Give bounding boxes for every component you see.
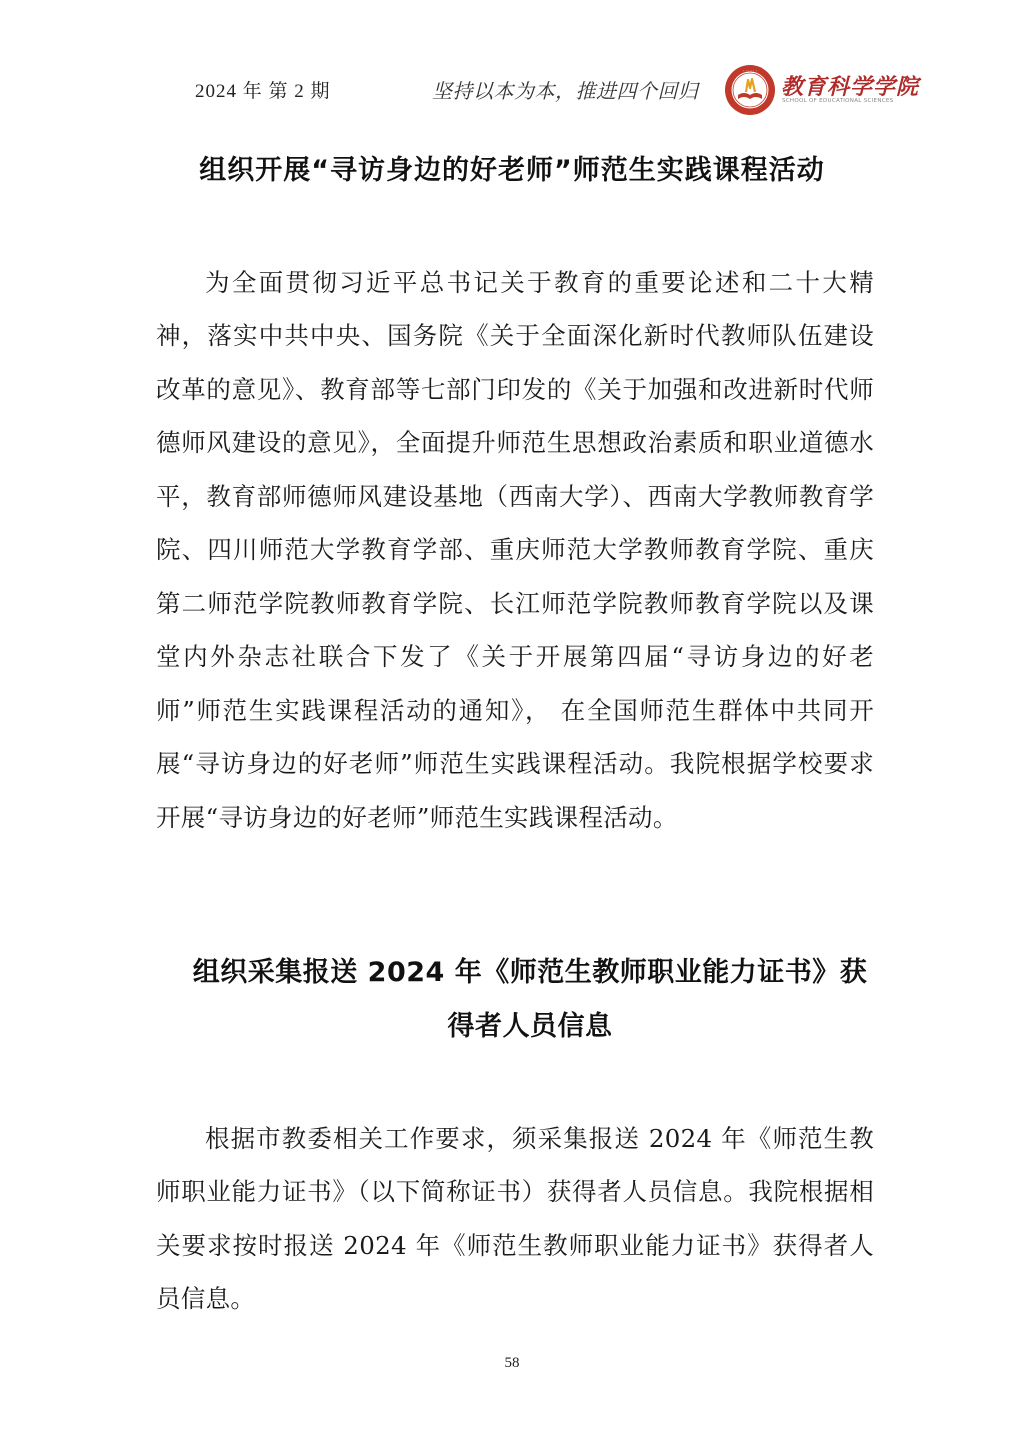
svg-text:· · · · · ·: · · · · · · <box>743 69 757 74</box>
header-slogan: 坚持以本为本，推进四个回归 <box>432 75 699 104</box>
page-number: 58 <box>0 1355 1024 1372</box>
college-logo: · · · · · · 教育科学学院 SCHOOL OF EDUCATIONAL… <box>724 64 904 116</box>
article-2-title: 组织采集报送 2024 年《师范生教师职业能力证书》获得者人员信息 <box>180 946 880 1054</box>
college-emblem-icon: · · · · · · <box>724 64 776 116</box>
article-1-title: 组织开展“寻访身边的好老师”师范生实践课程活动 <box>0 148 1024 187</box>
article-2-body: 根据市教委相关工作要求，须采集报送 2024 年《师范生教师职业能力证书》（以下… <box>156 1112 874 1326</box>
article-1-body: 为全面贯彻习近平总书记关于教育的重要论述和二十大精神，落实中共中央、国务院《关于… <box>156 256 874 845</box>
college-name-en: SCHOOL OF EDUCATIONAL SCIENCES <box>782 98 893 104</box>
college-name-cn: 教育科学学院 <box>781 70 919 101</box>
page-header: 2024 年 第 2 期 坚持以本为本，推进四个回归 · · · · · · 教… <box>0 0 1024 120</box>
issue-label: 2024 年 第 2 期 <box>195 76 331 103</box>
